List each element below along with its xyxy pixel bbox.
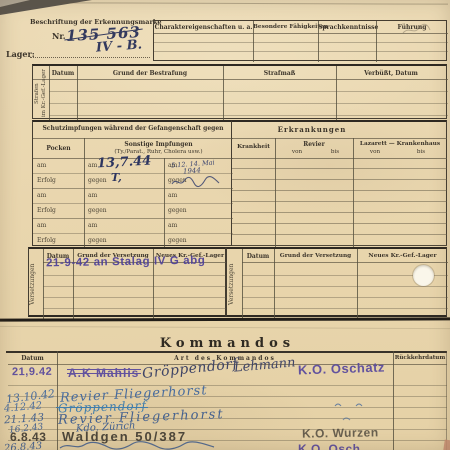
rule-line	[49, 103, 448, 104]
column-divider	[253, 21, 254, 62]
ko-wurzen-stamp: K.O. Wurzen	[302, 425, 379, 440]
kdo-row-stamp-struck: A.K Mahlis	[68, 366, 139, 380]
punch-hole	[413, 265, 434, 286]
smallpox-col-header: Pocken	[33, 145, 84, 152]
column-divider	[357, 249, 358, 319]
traits-col-abilities: Besondere Fähigkeiten	[253, 24, 318, 31]
other-vacc-header-2: (Ty./Parat., Ruhr, Cholera usw.)	[84, 149, 233, 156]
rule-line	[154, 33, 448, 34]
row-label-am: am	[37, 222, 46, 229]
transfers-table-right: Versetzungen Datum Grund der Versetzung …	[226, 247, 447, 317]
illness-col-sickbay: Revier	[275, 141, 353, 148]
rule-line	[242, 286, 448, 287]
punish-col-served: Verbüßt, Datum	[336, 70, 446, 77]
rule-line	[33, 203, 233, 204]
row-label-gegen: gegen	[168, 237, 187, 244]
vaccinations-table: Schutzimpfungen während der Gefangenscha…	[32, 120, 232, 246]
card-bottom-edge	[0, 317, 450, 321]
row-label-gegen: gegen	[88, 237, 107, 244]
rule-line	[232, 138, 447, 139]
row-label-am: am	[88, 192, 97, 199]
paper-crease	[0, 326, 450, 329]
illness-col-disease: Krankheit	[232, 144, 275, 151]
column-divider	[336, 66, 337, 121]
row-label-am: am	[37, 162, 46, 169]
rule-line	[43, 308, 227, 309]
row-label-gegen: gegen	[88, 207, 107, 214]
row-label-gegen: gegen	[168, 207, 187, 214]
punishments-side-label: Strafen im Kr.-Gef.-Lager	[34, 68, 48, 119]
column-divider	[77, 66, 78, 121]
rule-line	[6, 351, 447, 353]
column-divider	[43, 249, 44, 319]
hospital-from-label: von	[364, 149, 386, 156]
column-divider	[223, 66, 224, 121]
transfers-side-label: Versetzungen	[29, 253, 42, 315]
traits-col-conduct: Führung	[376, 24, 448, 31]
rule-line	[49, 91, 448, 92]
vaccinations-title: Schutzimpfungen während der Gefangenscha…	[33, 125, 233, 132]
transfers-side-label: Versetzungen	[228, 253, 241, 315]
row-label-gegen: gegen	[88, 177, 107, 184]
pow-record-card: Beschriftung der Erkennungsmarke Nr. 135…	[0, 0, 450, 450]
kommandos-title: Kommandos	[145, 336, 310, 352]
rule-line	[242, 262, 448, 263]
column-divider	[274, 249, 275, 319]
row-label-erfolg: Erfolg	[37, 177, 56, 184]
rule-line	[242, 297, 448, 298]
row-label-am: am	[168, 192, 177, 199]
row-label-erfolg: Erfolg	[37, 237, 56, 244]
sickbay-from-label: von	[286, 149, 308, 156]
page-corner-highlight	[0, 0, 30, 7]
transfer-col-reason: Grund der Versetzung	[274, 253, 357, 260]
column-divider	[376, 21, 377, 62]
rule-line	[154, 51, 448, 52]
column-divider	[393, 351, 394, 450]
row-label-erfolg: Erfolg	[37, 207, 56, 214]
kdo-col-date: Datum	[8, 355, 57, 362]
transfer-col-newcamp: Neues Kr.-Gef.-Lager	[357, 253, 448, 260]
punish-col-measure: Strafmaß	[223, 70, 336, 77]
column-divider	[318, 21, 319, 62]
vacc-against-handwritten: T,	[111, 171, 122, 184]
hospital-to-label: bis	[410, 149, 432, 156]
rule-line	[43, 286, 227, 287]
rule-line	[242, 308, 448, 309]
rule-line	[33, 79, 448, 80]
punish-col-reason: Grund der Bestrafung	[77, 70, 223, 77]
rule-line	[33, 138, 233, 139]
kdo-row-date: 26.8.43	[4, 441, 43, 450]
ruled-rows	[232, 158, 447, 247]
rule-line	[43, 297, 227, 298]
vacc-date-handwritten: 13,7.44	[97, 154, 152, 172]
punishments-table: Strafen im Kr.-Gef.-Lager Datum Grund de…	[32, 64, 447, 119]
rule-line	[33, 218, 233, 219]
other-vacc-header-1: Sonstige Impfungen	[84, 141, 233, 148]
lager-dotted-line	[30, 50, 150, 58]
kdo-col-return-date: Rückkehrdatum	[393, 355, 447, 362]
check-mark	[340, 414, 360, 424]
column-divider	[49, 66, 50, 121]
traits-col-languages: Sprachkenntnisse	[318, 24, 376, 31]
row-label-am: am	[168, 222, 177, 229]
traits-table: Charaktereigenschaften u. a. Besondere F…	[153, 20, 447, 61]
illness-col-hospital: Lazarett — Krankenhaus	[353, 141, 447, 148]
ko-stamp-partial: K.O. Osch	[298, 442, 361, 450]
kdo-row-date: 21,9.42	[12, 366, 52, 378]
scan-top-edge	[60, 2, 448, 4]
transfer-col-date: Datum	[242, 253, 274, 260]
rule-line	[154, 42, 448, 43]
row-label-am: am	[37, 192, 46, 199]
sickbay-to-label: bis	[324, 149, 346, 156]
rule-line	[49, 115, 448, 116]
illnesses-title: Erkrankungen	[242, 126, 382, 134]
traits-col-character: Charaktereigenschaften u. a.	[154, 24, 253, 31]
row-label-am: am	[88, 162, 97, 169]
rule-line	[43, 275, 227, 276]
rule-line	[33, 233, 233, 234]
row-label-am: am	[88, 222, 97, 229]
column-divider	[84, 138, 85, 248]
column-divider	[242, 249, 243, 319]
check-marks	[332, 400, 368, 410]
rule-line	[8, 385, 447, 386]
scan-artifact	[443, 439, 450, 450]
illegible-handwriting-scrawl	[169, 174, 223, 190]
illegible-handwriting-scrawl	[58, 441, 218, 450]
ko-oschatz-stamp: K.O. Oschatz	[298, 359, 385, 377]
column-divider	[57, 351, 58, 450]
illnesses-table: Erkrankungen Krankheit Revier von bis La…	[232, 120, 447, 246]
punish-col-date: Datum	[49, 70, 77, 77]
column-divider	[446, 351, 447, 450]
